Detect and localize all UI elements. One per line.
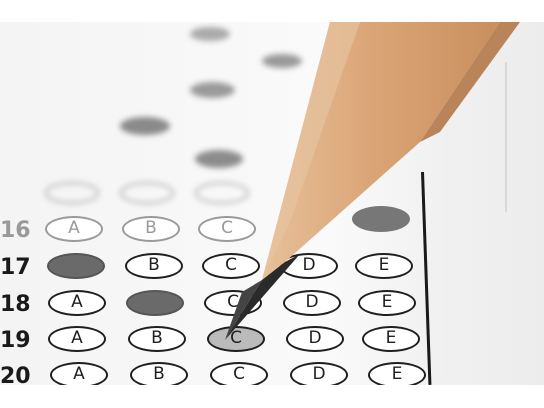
pencil-icon <box>0 22 544 385</box>
answer-sheet-photo: 16 A B C 17 B C D E 18 A C D E 19 A B C … <box>0 22 544 385</box>
